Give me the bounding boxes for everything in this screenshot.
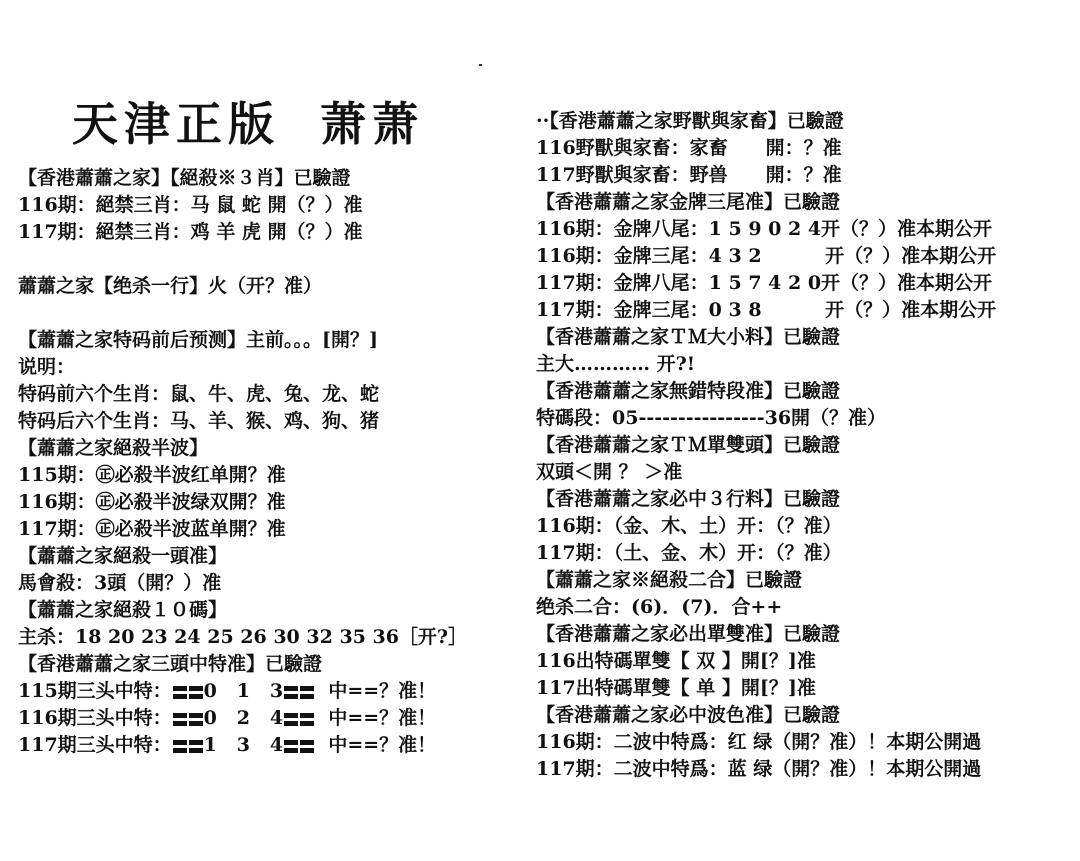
text-line: 117期：二波中特爲：蓝 绿（開？准）！本期公開過 — [536, 757, 981, 781]
text-line: 117期：㊣必殺半波蓝单開？准 — [18, 517, 286, 541]
section-heading: 【香港蕭蕭之家必出單雙准】已驗證 — [536, 622, 840, 646]
three-heads-row: 116期三头中特：0 2 4 中==？准！ — [18, 706, 436, 730]
text-line: 117期：金牌八尾：1 5 7 4 2 0开（？）准本期公开 — [536, 271, 992, 295]
text-line: 特码前六个生肖：鼠、牛、虎、兔、龙、蛇 — [18, 382, 379, 406]
scan-dot — [479, 64, 482, 66]
result-text: 中==？准！ — [328, 734, 436, 756]
text-line: 116出特碼單雙【 双 】開[？]准 — [536, 649, 816, 673]
text-line: 116期：絕禁三肖：马 鼠 蛇 開（？）准 — [18, 193, 363, 217]
bar-block-icon — [173, 712, 203, 726]
section-heading: 【蕭蕭之家絕殺半波】 — [18, 436, 208, 460]
result-text: 中==？准！ — [328, 680, 436, 702]
text-line: 116期：（金、木、土）开：（？准） — [536, 514, 842, 538]
text-line: 117期：絕禁三肖：鸡 羊 虎 開（？）准 — [18, 220, 363, 244]
head-digit: 0 — [204, 680, 217, 702]
head-digit: 2 — [237, 707, 250, 729]
three-heads-row: 115期三头中特：0 1 3 中==？准！ — [18, 679, 436, 703]
page-title: 天津正版萧萧 — [72, 88, 424, 154]
bar-block-icon — [284, 712, 314, 726]
section-heading: 【蕭蕭之家絕殺１０碼】 — [18, 598, 227, 622]
text-line: 说明： — [18, 355, 75, 379]
section-heading: 【香港蕭蕭之家ＴＭ單雙頭】已驗證 — [536, 433, 840, 457]
text-line: 116期：㊣必殺半波绿双開？准 — [18, 490, 286, 514]
section-heading: 【蕭蕭之家※絕殺二合】已驗證 — [536, 568, 802, 592]
head-digit: 4 — [270, 707, 283, 729]
text-line: 116期：金牌八尾：1 5 9 0 2 4开（？）准本期公开 — [536, 217, 992, 241]
text-line: 117野獸與家畜：野兽 開：？准 — [536, 163, 842, 187]
text-line: 117期：（土、金、木）开：（？准） — [536, 541, 842, 565]
section-heading: 【香港蕭蕭之家三頭中特准】已驗證 — [18, 652, 322, 676]
period-label: 115期三头中特： — [18, 680, 172, 702]
text-line: 主杀：18 20 23 24 25 26 30 32 35 36［开?］ — [18, 625, 467, 649]
text-line: 115期：㊣必殺半波红单開？准 — [18, 463, 286, 487]
head-digit: 1 — [204, 734, 217, 756]
text-line: 双頭＜開 ？ ＞准 — [536, 460, 682, 484]
section-heading: 蕭蕭之家【绝杀一行】火（开？准） — [18, 274, 322, 298]
head-digit: 4 — [270, 734, 283, 756]
period-label: 117期三头中特： — [18, 734, 172, 756]
section-heading: 【蕭蕭之家絕殺一頭准】 — [18, 544, 227, 568]
section-heading: 【香港蕭蕭之家必中波色准】已驗證 — [536, 703, 840, 727]
text-line: 116期：金牌三尾：4 3 2 开（？）准本期公开 — [536, 244, 996, 268]
text-line: 116期：二波中特爲：红 绿（開？准）！本期公開過 — [536, 730, 981, 754]
text-line: 绝杀二合：(6)．(7)．合++ — [536, 595, 782, 619]
section-heading: 【香港蕭蕭之家必中３行料】已驗證 — [536, 487, 840, 511]
title-sub: 萧萧 — [320, 97, 424, 151]
text-line: 116野獸與家畜：家畜 開：？准 — [536, 136, 842, 160]
head-digit: 0 — [204, 707, 217, 729]
result-text: 中==？准！ — [328, 707, 436, 729]
title-main: 天津正版 — [72, 97, 280, 151]
section-heading: 【香港蕭蕭之家金牌三尾准】已驗證 — [536, 190, 840, 214]
text-line: 馬會殺：3頭（開？）准 — [18, 571, 221, 595]
head-digit: 1 — [237, 680, 250, 702]
bar-block-icon — [173, 739, 203, 753]
section-heading: 【香港蕭蕭之家ＴＭ大小料】已驗證 — [536, 325, 840, 349]
text-line: 特码后六个生肖：马、羊、猴、鸡、狗、猪 — [18, 409, 379, 433]
section-heading: 【香港蕭蕭之家】【絕殺※３肖】已驗證 — [18, 166, 351, 190]
head-digit: 3 — [237, 734, 250, 756]
three-heads-row: 117期三头中特：1 3 4 中==？准！ — [18, 733, 436, 757]
head-digit: 3 — [270, 680, 283, 702]
text-line: 117期：金牌三尾：0 3 8 开（？）准本期公开 — [536, 298, 996, 322]
section-heading: 【蕭蕭之家特码前后预测】主前。。。[開？] — [18, 328, 378, 352]
period-label: 116期三头中特： — [18, 707, 172, 729]
section-heading: 【香港蕭蕭之家無錯特段准】已驗證 — [536, 379, 840, 403]
bar-block-icon — [284, 739, 314, 753]
bar-block-icon — [284, 685, 314, 699]
text-line: 特碼段：05----------------36開（？准） — [536, 406, 886, 430]
section-heading: ··【香港蕭蕭之家野獸與家畜】已驗證 — [536, 109, 844, 133]
bar-block-icon — [173, 685, 203, 699]
text-line: 主大………… 开?! — [536, 352, 695, 376]
text-line: 117出特碼單雙【 单 】開[？]准 — [536, 676, 816, 700]
